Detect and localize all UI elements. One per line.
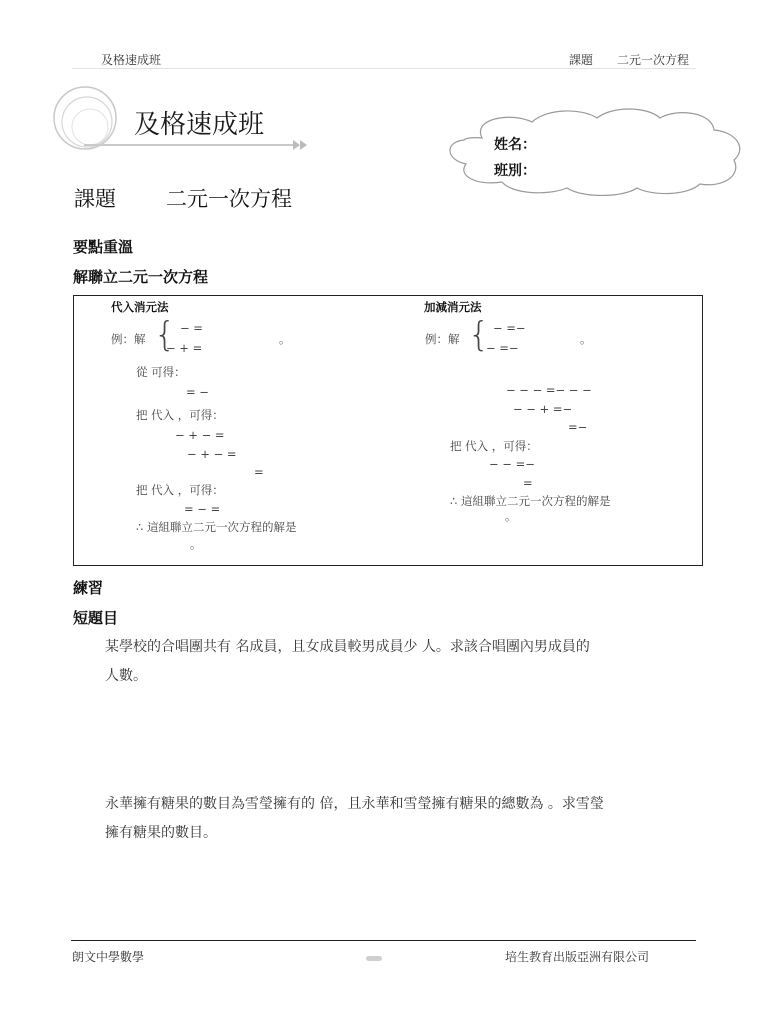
cloud-shape-icon — [442, 104, 748, 196]
header-left-title: 及格速成班 — [101, 51, 161, 68]
footer-right: 培生教育出版亞洲有限公司 — [505, 948, 649, 965]
review-subheading: 解聯立二元一次方程 — [73, 266, 208, 287]
substitution-step: 從 可得： — [136, 364, 186, 380]
substitution-step: = − — [186, 385, 209, 399]
header-topic-label: 課題 — [569, 51, 593, 68]
substitution-step: − + − = — [175, 428, 225, 442]
question-2-line-2: 擁有糖果的數目。 — [105, 822, 217, 842]
substitution-system-line-2: − + = — [166, 341, 202, 355]
substitution-step: = — [254, 465, 264, 479]
question-2-line-1: 永華擁有糖果的數目為雪瑩擁有的 倍，且永華和雪瑩擁有糖果的總數為 。求雪瑩 — [105, 793, 604, 813]
elimination-step: 把 代入 ，可得： — [450, 438, 538, 454]
elimination-system-line-1: − =− — [493, 321, 526, 335]
banner-title: 及格速成班 — [134, 104, 264, 141]
name-field-label: 姓名： — [494, 134, 536, 154]
page-number-mark — [366, 956, 382, 961]
elimination-step: 。 — [505, 508, 517, 524]
elimination-step: = — [523, 476, 533, 490]
elimination-step: − − − =− − − — [506, 383, 592, 397]
elimination-step: − − + =− — [513, 402, 572, 416]
elimination-period: 。 — [580, 331, 592, 347]
practice-heading: 練習 — [73, 577, 103, 598]
topic-label: 課題 — [74, 183, 116, 213]
elimination-step: =− — [568, 420, 587, 434]
review-heading: 要點重溫 — [73, 236, 133, 257]
header-rule — [72, 68, 696, 69]
topic-name: 二元一次方程 — [166, 183, 292, 213]
class-field-label: 班別： — [494, 160, 536, 180]
practice-subheading: 短題目 — [73, 607, 118, 628]
elimination-conclusion: ∴ 這組聯立二元一次方程的解是 — [450, 493, 610, 509]
elimination-step: − − =− — [489, 457, 535, 471]
substitution-example-label: 例：解 — [111, 331, 146, 347]
elimination-method-title: 加減消元法 — [424, 299, 482, 315]
substitution-step: 把 代入 ，可得： — [136, 482, 224, 498]
substitution-period: 。 — [279, 331, 291, 347]
elimination-system-line-2: − =− — [486, 341, 519, 355]
substitution-system-line-1: − = — [180, 321, 203, 335]
question-1-line-2: 人數。 — [105, 665, 147, 685]
question-1-line-1: 某學校的合唱團共有 名成員，且女成員較男成員少 人。求該合唱團內男成員的 — [105, 636, 590, 656]
substitution-step: 。 — [190, 536, 202, 552]
footer-rule — [71, 940, 696, 941]
substitution-step: = − = — [184, 502, 220, 516]
substitution-method-title: 代入消元法 — [111, 299, 169, 315]
header-topic-name: 二元一次方程 — [617, 51, 689, 68]
substitution-conclusion: ∴ 這組聯立二元一次方程的解是 — [136, 519, 296, 535]
elimination-example-label: 例：解 — [425, 331, 460, 347]
substitution-step: − + − = — [187, 447, 237, 461]
substitution-step: 把 代入 ，可得： — [136, 407, 224, 423]
footer-left: 朗文中學數學 — [72, 948, 144, 965]
